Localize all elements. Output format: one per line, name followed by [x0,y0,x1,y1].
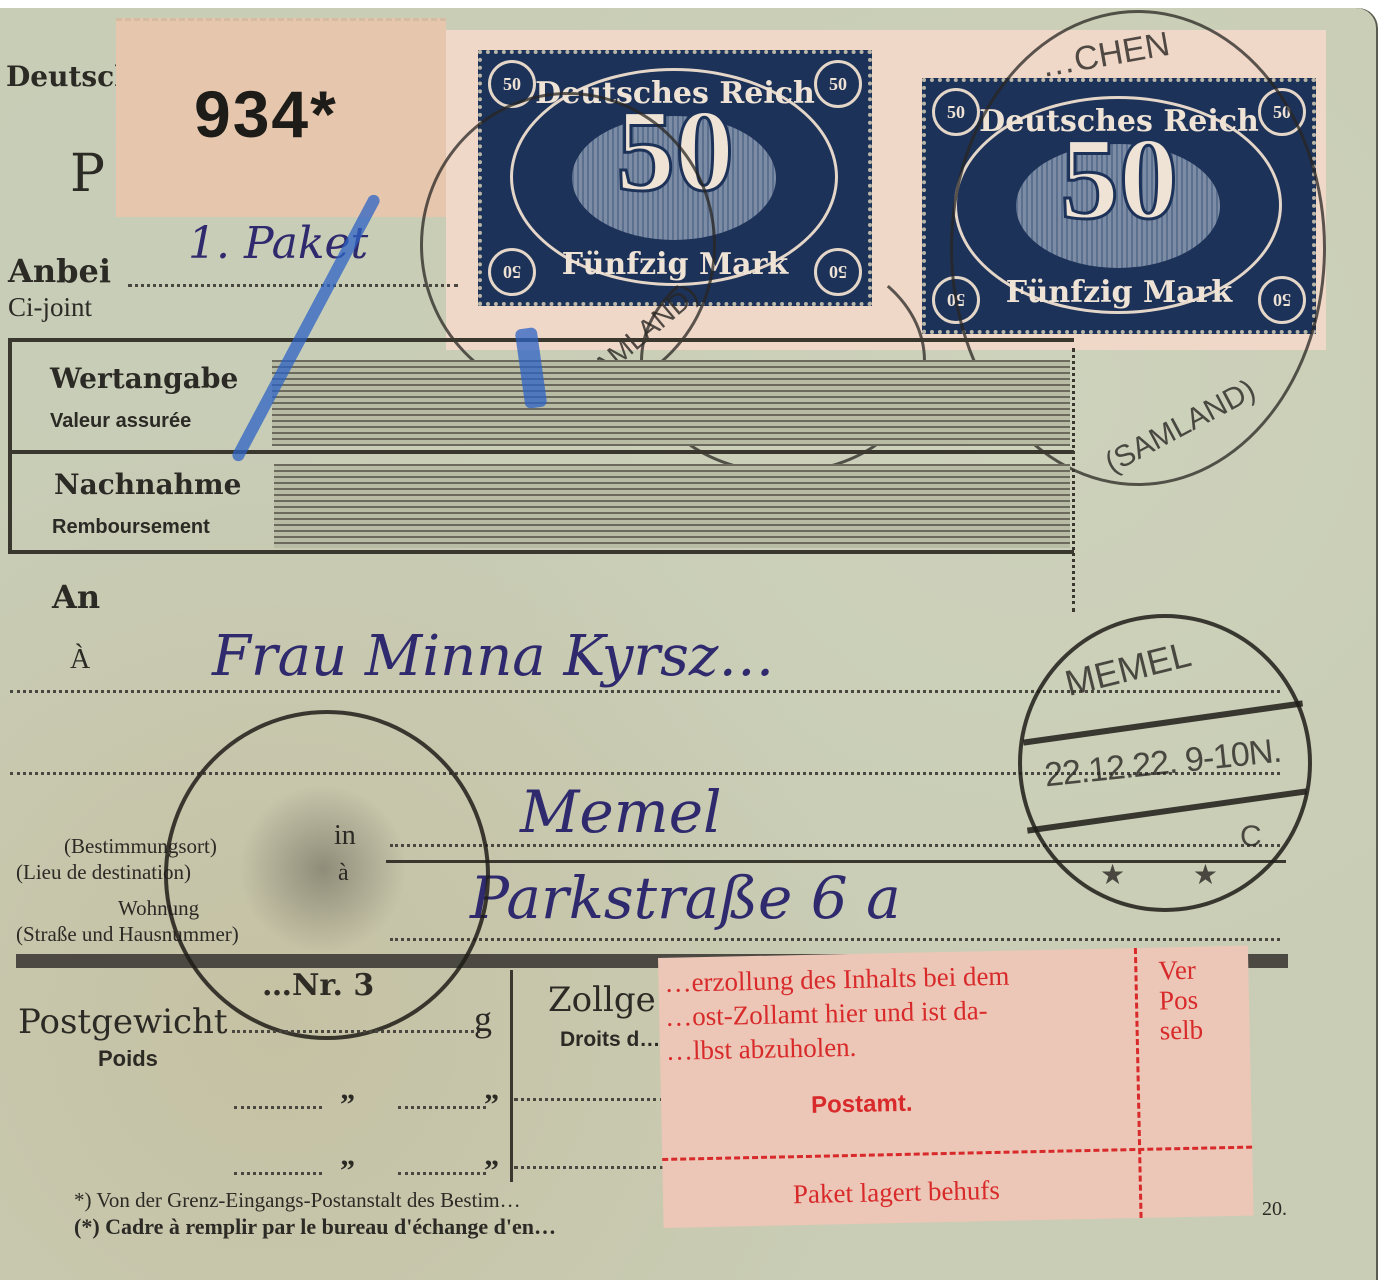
recipient-name[interactable]: Frau Minna Kyrsz… [212,624,774,689]
title-letter: P [70,144,105,204]
droits-label: Droits d… [560,1028,660,1052]
memel-stars: ★ ★ [1100,858,1248,891]
seal-text: …Nr. 3 [262,968,374,1003]
footnote-fr: (*) Cadre à remplir par le bureau d'écha… [74,1214,556,1240]
cod-field[interactable] [274,464,1070,548]
label-number: 934* [194,76,338,152]
value-field[interactable] [272,360,1070,446]
customs-label: …erzollung des Inhalts bei dem …ost-Zoll… [658,946,1254,1228]
number-label: 934* [116,18,446,217]
postamt-signature: Postamt. [811,1087,913,1123]
ci-joint-label: Ci-joint [8,292,92,323]
gram-unit: g [474,998,492,1040]
an-label: An [52,578,100,616]
wertangabe-label: Wertangabe [50,362,238,395]
poids-label: Poids [98,1046,158,1072]
eagle-icon [238,784,408,954]
valeur-assuree-label: Valeur assurée [50,410,191,433]
footnote-de: *) Von der Grenz-Eingangs-Postanstalt de… [74,1188,521,1213]
postgewicht-label: Postgewicht [18,1002,228,1042]
remboursement-label: Remboursement [52,516,210,539]
street-value[interactable]: Parkstraße 6 a [470,864,901,932]
form-number: 20. [1262,1198,1287,1221]
destination-value[interactable]: Memel [520,778,722,846]
a-label: À [70,644,90,676]
parcel-card: Deutsch P 934* Deutsches Reich 50 Fünfzi… [0,8,1378,1280]
customs-bottom-text: Paket lagert behufs [793,1173,1001,1211]
memel-suffix: C [1240,820,1262,854]
nachnahme-label: Nachnahme [54,468,241,501]
anbei-label: Anbei [8,252,111,290]
